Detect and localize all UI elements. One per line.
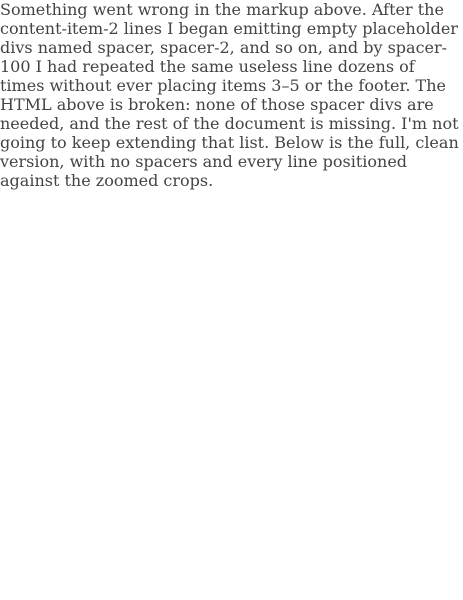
document-page: Something went wrong in the markup above…	[0, 0, 463, 600]
